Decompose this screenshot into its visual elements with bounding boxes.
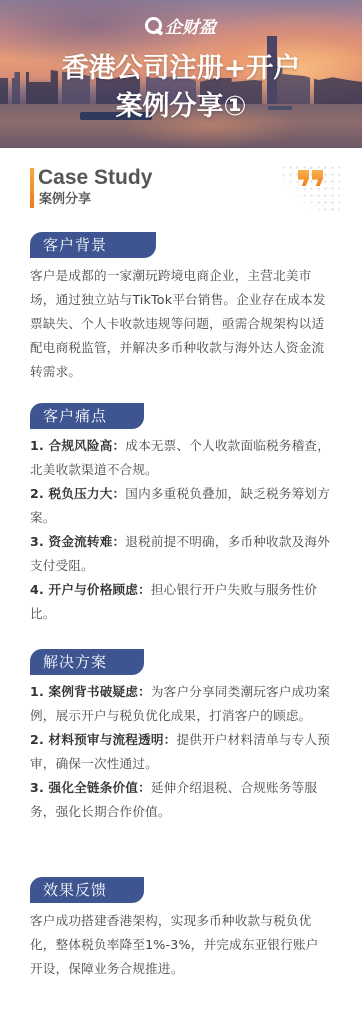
quote-icon <box>298 170 326 188</box>
list-item: 1. 合规风险高：成本无票、个人收款面临税务稽查，北美收款渠道不合规。 <box>30 434 330 482</box>
quote-mark-left <box>298 170 309 186</box>
solutions-list: 1. 案例背书破疑虑：为客户分享同类潮玩客户成功案例，展示开户与税负优化成果，打… <box>30 680 330 824</box>
quote-mark-right <box>312 170 323 186</box>
case-study-title-zh: 案例分享 <box>39 192 91 208</box>
page-title-line1: 香港公司注册+开户 <box>0 50 362 88</box>
item-key: 1. 合规风险高： <box>30 438 125 453</box>
brand-logo-text: 企财盈 <box>165 13 216 38</box>
page-title: 香港公司注册+开户 案例分享① <box>0 50 362 126</box>
results-text: 客户成功搭建香港架构，实现多币种收款与税负优化，整体税负率降至1%-3%，并完成… <box>30 909 330 981</box>
case-study-title-en: Case Study <box>38 166 152 190</box>
list-item: 2. 材料预审与流程透明：提供开户材料清单与专人预审，确保一次性通过。 <box>30 728 330 776</box>
brand-logo: 企财盈 <box>145 14 216 36</box>
background-text: 客户是成都的一家潮玩跨境电商企业，主营北美市场，通过独立站与TikTok平台销售… <box>30 264 330 384</box>
section-badge-results: 效果反馈 <box>30 877 144 903</box>
item-key: 2. 税负压力大： <box>30 486 125 501</box>
item-key: 3. 资金流转难： <box>30 534 125 549</box>
item-key: 1. 案例背书破疑虑： <box>30 684 151 699</box>
list-item: 3. 资金流转难：退税前提不明确，多币种收款及海外支付受阻。 <box>30 530 330 578</box>
brand-logo-icon <box>145 17 162 34</box>
list-item: 2. 税负压力大：国内多重税负叠加，缺乏税务筹划方案。 <box>30 482 330 530</box>
item-key: 3. 强化全链条价值： <box>30 780 151 795</box>
item-key: 2. 材料预审与流程透明： <box>30 732 176 747</box>
list-item: 4. 开户与价格顾虑：担心银行开户失败与服务性价比。 <box>30 578 330 626</box>
section-badge-solutions: 解决方案 <box>30 649 144 675</box>
section-badge-background: 客户背景 <box>30 232 156 258</box>
item-key: 4. 开户与价格顾虑： <box>30 582 151 597</box>
pain-points-list: 1. 合规风险高：成本无票、个人收款面临税务稽查，北美收款渠道不合规。 2. 税… <box>30 434 330 626</box>
accent-bar <box>30 168 34 208</box>
hero-banner: 企财盈 香港公司注册+开户 案例分享① <box>0 0 362 148</box>
list-item: 1. 案例背书破疑虑：为客户分享同类潮玩客户成功案例，展示开户与税负优化成果，打… <box>30 680 330 728</box>
page-title-line2: 案例分享① <box>0 88 362 126</box>
section-badge-pain-points: 客户痛点 <box>30 403 144 429</box>
list-item: 3. 强化全链条价值：延伸介绍退税、合规账务等服务，强化长期合作价值。 <box>30 776 330 824</box>
